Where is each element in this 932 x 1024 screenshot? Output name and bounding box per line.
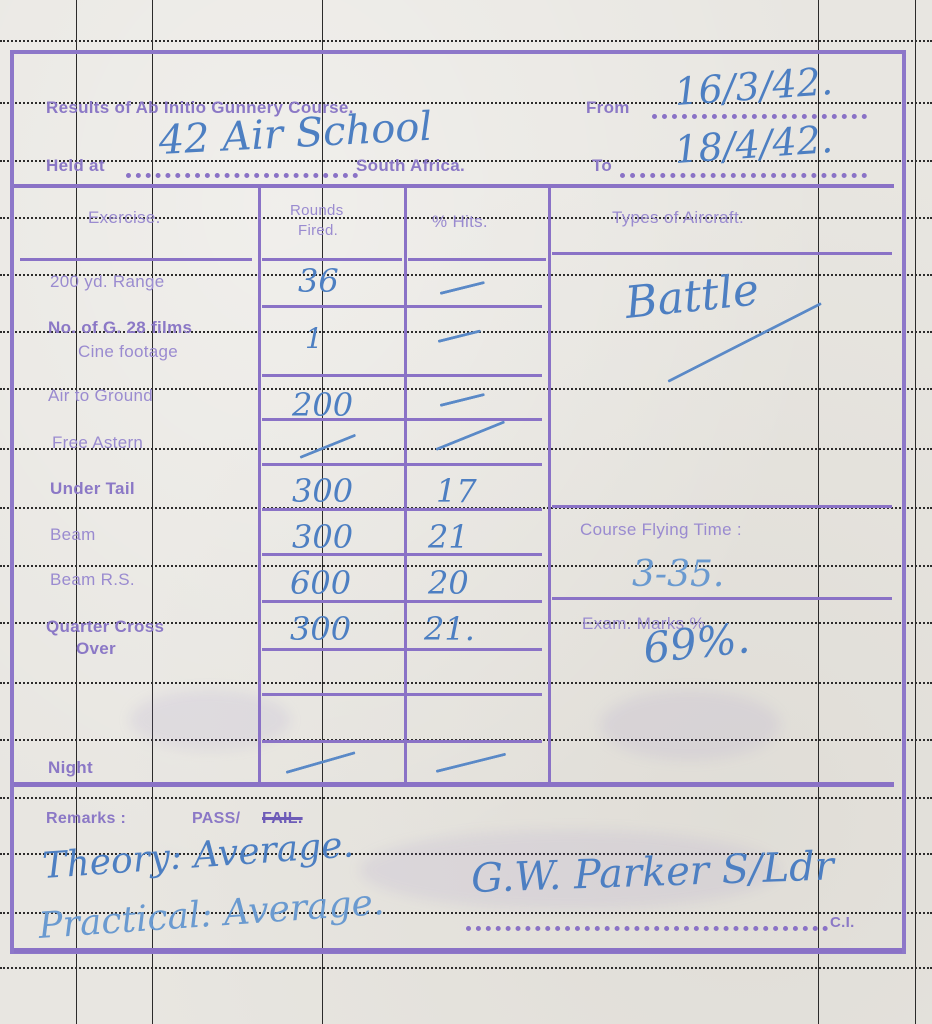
rounds-value: 200	[292, 386, 353, 424]
stamp-row-divider	[262, 374, 542, 377]
rounds-value: 600	[290, 564, 351, 602]
hits-value: 21	[428, 518, 469, 556]
exercise-label: Quarter Cross	[46, 617, 164, 637]
exercise-label-line2: Cine footage	[78, 342, 178, 362]
exercise-label-line2: Over	[76, 639, 116, 659]
stamp-divider	[262, 258, 402, 261]
document-page: Results of Ab Initio Gunnery Course. Fro…	[0, 0, 932, 1024]
exercise-label: Beam R.S.	[50, 570, 135, 590]
rounds-value: 300	[290, 610, 351, 648]
from-dotted-line	[652, 114, 867, 119]
hits-value: 20	[428, 564, 469, 602]
stamp-row-divider	[262, 648, 542, 651]
stamp-row-divider	[262, 463, 542, 466]
stamp-divider	[14, 948, 902, 953]
flying-time-label: Course Flying Time :	[580, 520, 742, 540]
remarks-label: Remarks :	[46, 810, 126, 828]
stamp-divider	[408, 258, 546, 261]
ledger-vline	[915, 0, 916, 1024]
stamp-column-divider	[548, 186, 551, 782]
stamp-divider	[14, 184, 894, 188]
header-rounds-line2: Fired.	[298, 222, 338, 239]
ledger-row-line	[0, 967, 932, 969]
stamp-divider	[552, 505, 892, 508]
stamp-divider	[14, 782, 894, 787]
rounds-value: 1	[305, 322, 323, 355]
exercise-label: Free Astern	[52, 433, 143, 453]
stamp-divider	[20, 258, 252, 261]
rounds-value: 36	[298, 262, 339, 300]
remarks-fail-struck: FAIL.	[262, 810, 303, 828]
exercise-label: Air to Ground	[48, 386, 153, 406]
header-exercise: Exercise.	[88, 208, 161, 228]
exercise-label: Under Tail	[50, 479, 135, 499]
exercise-label: Beam	[50, 525, 96, 545]
stamp-row-divider	[262, 305, 542, 308]
stamp-divider	[552, 252, 892, 255]
exercise-label: No. of G. 28 films	[48, 318, 192, 338]
exercise-label: 200 yd. Range	[50, 272, 164, 292]
header-percent-hits: % Hits.	[432, 212, 488, 232]
remarks-pass: PASS/	[192, 810, 240, 828]
flying-time-value: 3-35.	[632, 554, 724, 595]
ledger-row-line	[0, 40, 932, 42]
held-at-suffix: South Africa.	[356, 156, 465, 176]
rounds-value: 300	[292, 518, 353, 556]
signature-dotted-line	[466, 926, 828, 931]
stamp-row-divider	[262, 740, 542, 743]
from-label: From	[586, 98, 630, 118]
header-rounds-line1: Rounds	[290, 202, 344, 219]
hits-value: 21.	[424, 610, 475, 648]
header-aircraft-types: Types of Aircraft.	[612, 208, 744, 228]
to-dotted-line	[620, 173, 867, 178]
stamp-divider	[552, 597, 892, 600]
hits-value: 17	[436, 472, 477, 510]
held-at-label: Held at	[46, 156, 105, 176]
rounds-value: 300	[292, 472, 353, 510]
held-at-dotted-line	[126, 173, 358, 178]
to-label: To	[592, 156, 612, 176]
signature-title: C.I.	[830, 914, 855, 931]
stamp-column-divider	[258, 186, 261, 782]
exercise-label: Night	[48, 758, 93, 778]
stamp-row-divider	[262, 693, 542, 696]
